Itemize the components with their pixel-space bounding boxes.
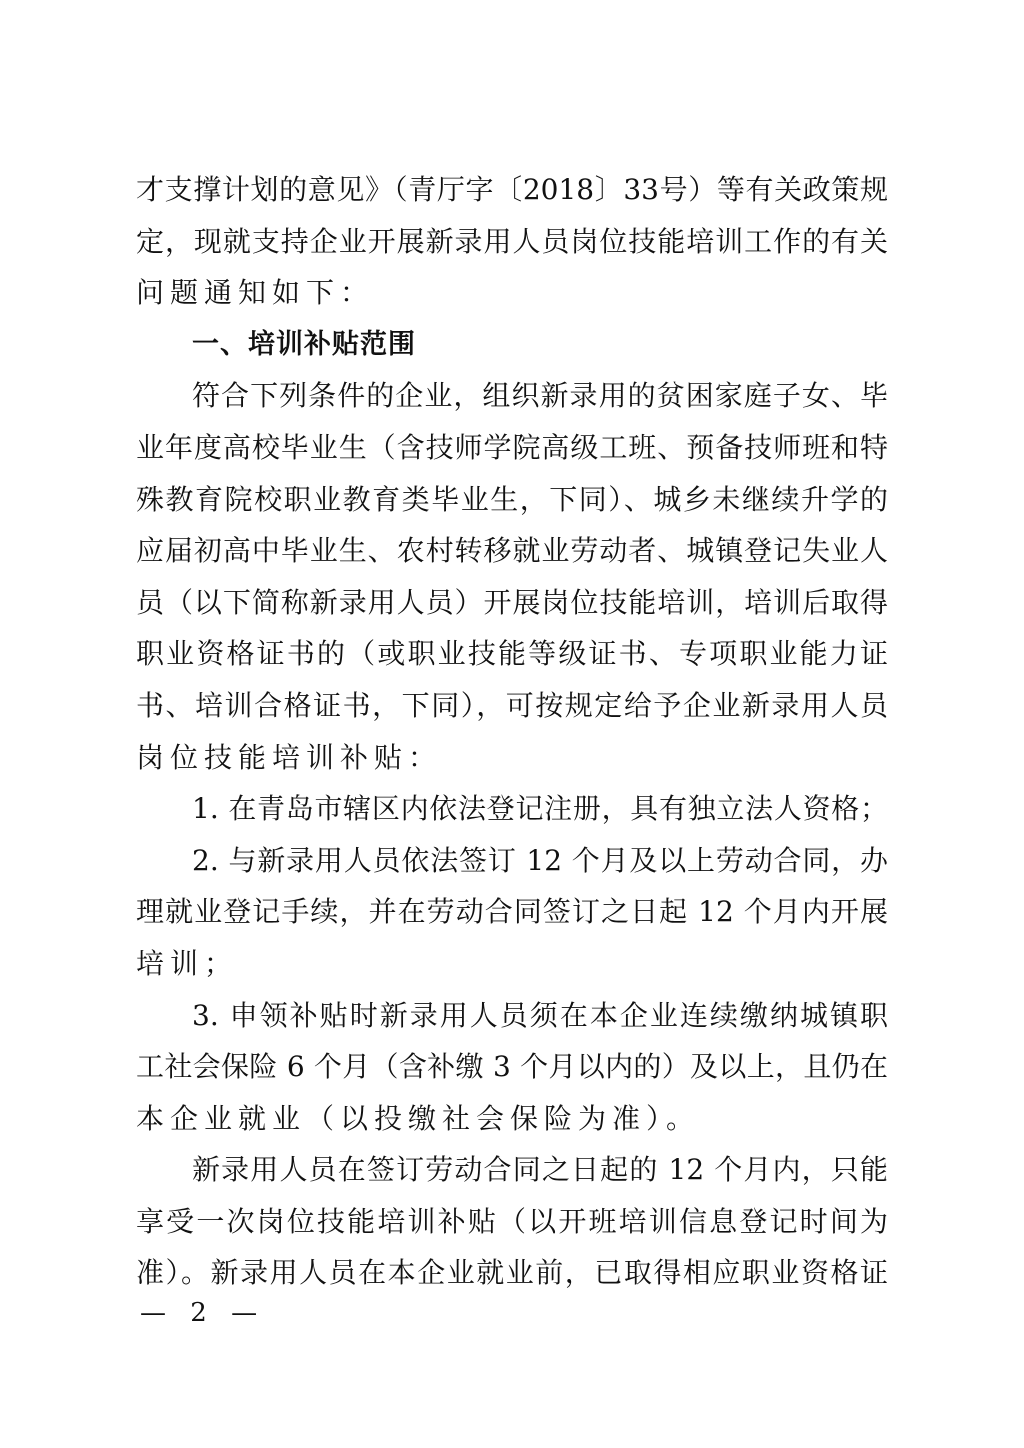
list-item-2: 2. 与新录用人员依法签订 12 个月及以上劳动合同，办 (136, 835, 888, 887)
body-line: 殊教育院校职业教育类毕业生，下同）、城乡未继续升学的 (136, 474, 888, 526)
body-line: 定，现就支持企业开展新录用人员岗位技能培训工作的有关 (136, 216, 888, 268)
section-heading: 一、培训补贴范围 (136, 319, 896, 371)
body-line: 才支撑计划的意见》（青厅字〔2018〕33号）等有关政策规 (136, 164, 888, 216)
body-line: 培训； (136, 938, 896, 990)
body-line: 理就业登记手续，并在劳动合同签订之日起 12 个月内开展 (136, 886, 888, 938)
body-line: 问题通知如下： (136, 267, 896, 319)
page-number: — 2 — (140, 1298, 265, 1328)
list-item-3: 3. 申领补贴时新录用人员须在本企业连续缴纳城镇职 (136, 990, 888, 1042)
paragraph-first-line: 新录用人员在签订劳动合同之日起的 12 个月内，只能 (136, 1144, 888, 1196)
body-line: 本企业就业（以投缴社会保险为准）。 (136, 1093, 896, 1145)
body-line: 准）。新录用人员在本企业就业前，已取得相应职业资格证 (136, 1247, 888, 1299)
list-item-1: 1. 在青岛市辖区内依法登记注册，具有独立法人资格； (136, 783, 888, 835)
paragraph-first-line: 符合下列条件的企业，组织新录用的贫困家庭子女、毕 (136, 370, 888, 422)
body-line: 应届初高中毕业生、农村转移就业劳动者、城镇登记失业人 (136, 525, 888, 577)
body-line: 员（以下简称新录用人员）开展岗位技能培训，培训后取得 (136, 577, 888, 629)
body-line: 岗位技能培训补贴： (136, 732, 896, 784)
body-line: 享受一次岗位技能培训补贴（以开班培训信息登记时间为 (136, 1196, 888, 1248)
body-line: 业年度高校毕业生（含技师学院高级工班、预备技师班和特 (136, 422, 888, 474)
body-line: 工社会保险 6 个月（含补缴 3 个月以内的）及以上，且仍在 (136, 1041, 888, 1093)
body-line: 职业资格证书的（或职业技能等级证书、专项职业能力证 (136, 628, 888, 680)
document-page: 才支撑计划的意见》（青厅字〔2018〕33号）等有关政策规 定，现就支持企业开展… (136, 164, 896, 1299)
body-line: 书、培训合格证书，下同），可按规定给予企业新录用人员 (136, 680, 888, 732)
